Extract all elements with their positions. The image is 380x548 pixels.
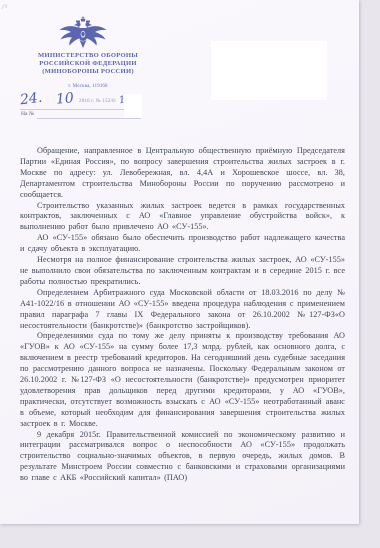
document-page: МИНИСТЕРСТВО ОБОРОНЫ РОССИЙСКОЙ ФЕДЕРАЦИ… (0, 0, 359, 524)
body-paragraph: Определением Арбитражного суда Московско… (20, 288, 345, 332)
body-paragraph: 9 декабря 2015г. Правительственной комис… (20, 430, 345, 485)
ministry-name-line3: (МИНОБОРОНЫ РОССИИ) (13, 68, 163, 76)
body-paragraph: Определениями суда по тому же делу приня… (20, 331, 345, 429)
outgoing-number: 2016 г. № 153/6/ (79, 99, 116, 104)
pencil-mark (1, 2, 11, 12)
ministry-name: МИНИСТЕРСТВО ОБОРОНЫ РОССИЙСКОЙ ФЕДЕРАЦИ… (13, 52, 163, 75)
body-paragraph: Обращение, направленное в Центральную об… (20, 146, 345, 201)
double-headed-eagle-icon (58, 16, 108, 49)
handwritten-day: 24. (19, 90, 43, 109)
reply-reference-label: На № (21, 111, 34, 117)
redaction-patch-small (124, 94, 142, 118)
ministry-name-line2: РОССИЙСКОЙ ФЕДЕРАЦИИ (13, 60, 163, 68)
body-paragraph: Строительство указанных жилых застроек в… (20, 201, 345, 234)
letterhead-address: г. Москва, 119160 (13, 84, 163, 89)
body-paragraph: Несмотря на полное финансирование строит… (20, 255, 345, 288)
redaction-patch-large (211, 41, 327, 100)
letter-body: Обращение, направленное в Центральную об… (20, 146, 345, 484)
handwritten-month: 10 (55, 90, 74, 107)
body-paragraph: АО «СУ-155» обязано было обеспечить прои… (20, 233, 345, 255)
ministry-name-line1: МИНИСТЕРСТВО ОБОРОНЫ (13, 52, 163, 60)
date-line-rule (20, 109, 133, 110)
reply-reference-rule (37, 118, 141, 119)
